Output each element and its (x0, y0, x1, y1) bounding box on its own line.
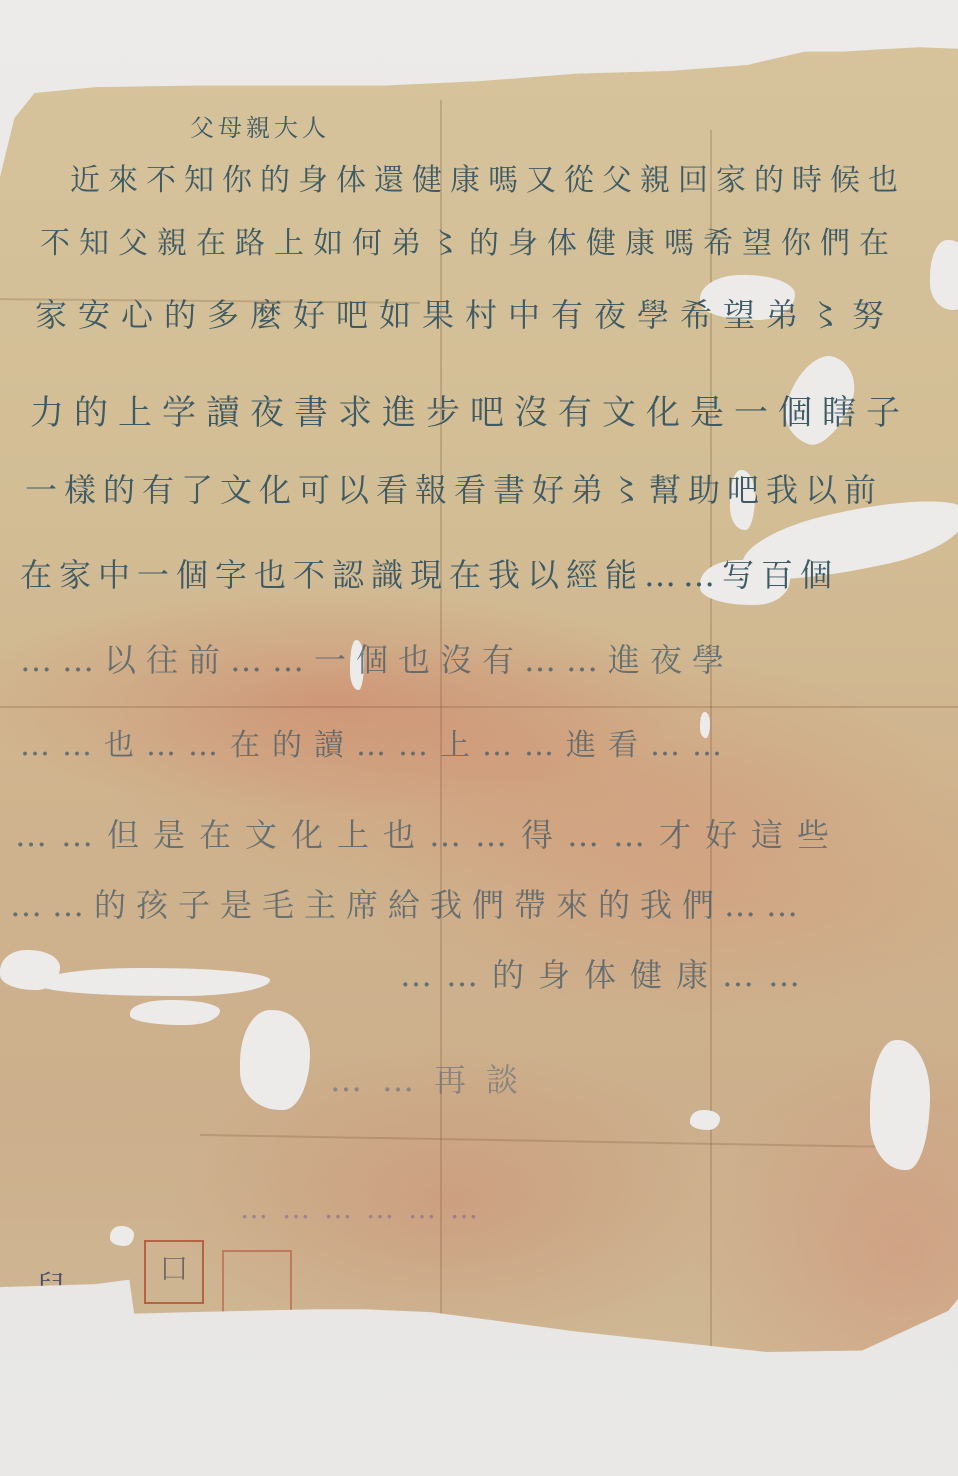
paper-hole (240, 1010, 310, 1110)
salutation: 父母親大人 (190, 108, 330, 143)
letter-line-12: ……再談 (330, 1055, 538, 1101)
letter-line-4: 力的上学讀夜書求進步吧沒有文化是一個瞎子 (30, 385, 910, 434)
seal-stamp: 囗 (144, 1240, 204, 1304)
signature: 兒 (36, 1262, 66, 1306)
paper-hole (110, 1226, 134, 1246)
letter-line-1: 近來不知你的身体還健康嗎又從父親回家的時候也 (70, 155, 906, 199)
seal-stamp-outline (222, 1250, 292, 1316)
paper-hole (40, 968, 270, 996)
letter-line-8: ……也……在的讀……上……進看…… (20, 720, 734, 764)
letter-line-5: 一樣的有了文化可以看報看書好弟〻幫助吧我以前 (25, 465, 883, 511)
photo-scene: 父母親大人 近來不知你的身体還健康嗎又從父親回家的時候也 不知父親在路上如何弟〻… (0, 0, 958, 1476)
letter-line-6: 在家中一個字也不認識現在我以經能……写百個 (20, 550, 839, 596)
letter-line-2: 不知父親在路上如何弟〻的身体健康嗎希望你們在 (40, 218, 898, 262)
fold-crease (200, 1134, 900, 1148)
paper-hole (130, 1000, 220, 1025)
paper-hole (870, 1040, 930, 1170)
faint-purple-writing: ……………… (240, 1192, 492, 1225)
letter-line-7: ……以往前……一個也沒有……進夜學 (20, 635, 734, 681)
paper-hole (930, 240, 958, 310)
letter-line-11: ……的身体健康…… (400, 950, 814, 996)
paper-hole (690, 1110, 720, 1130)
letter-line-10: ……的孩子是毛主席給我們帶來的我們…… (10, 880, 808, 926)
letter-paper: 父母親大人 近來不知你的身体還健康嗎又從父親回家的時候也 不知父親在路上如何弟〻… (0, 0, 958, 1476)
letter-line-3: 家安心的多麼好吧如果村中有夜學希望弟〻努 (35, 290, 895, 336)
fold-crease (0, 706, 958, 708)
letter-line-9: ……但是在文化上也……得……才好這些 (15, 810, 843, 856)
seal-text: 囗 (161, 1255, 187, 1285)
